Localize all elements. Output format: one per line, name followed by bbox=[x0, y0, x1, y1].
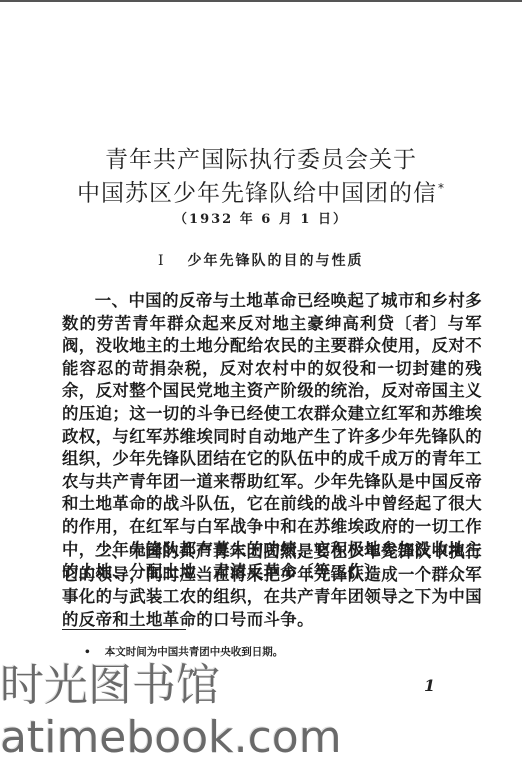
page-number: 1 bbox=[424, 676, 435, 695]
paragraph-2-text: 二、中国的共产青年团固然是要在少年先锋队中执行它的领导，同时应当在将来把少年先锋… bbox=[62, 541, 482, 631]
footnote-divider bbox=[62, 629, 186, 630]
footnote-bullet-icon: • bbox=[84, 646, 91, 658]
top-border-rule bbox=[0, 0, 522, 2]
title-text-1: 青年共产国际执行委员会关于 bbox=[105, 147, 417, 173]
title-footnote-mark: * bbox=[438, 181, 445, 195]
section-numeral: I bbox=[158, 253, 166, 269]
watermark-url: atimebook.com bbox=[0, 712, 342, 764]
footnote-text: 本文时间为中国共青团中央收到日期。 bbox=[105, 646, 284, 658]
document-title-line-1: 青年共产国际执行委员会关于 bbox=[0, 145, 522, 175]
watermark-name: 时光图书馆 bbox=[0, 661, 220, 711]
paragraph-1-text: 一、中国的反帝与土地革命已经唤起了城市和乡村多数的劳苦青年群众起来反对地主豪绅高… bbox=[62, 290, 482, 584]
title-text-2: 中国苏区少年先锋队给中国团的信 bbox=[77, 181, 437, 207]
section-heading-text: 少年先锋队的目的与性质 bbox=[188, 253, 364, 269]
paragraph-1: 一、中国的反帝与土地革命已经唤起了城市和乡村多数的劳苦青年群众起来反对地主豪绅高… bbox=[62, 290, 482, 584]
section-heading: I少年先锋队的目的与性质 bbox=[158, 250, 364, 270]
document-date: （1932 年 6 月 1 日） bbox=[0, 208, 522, 227]
document-title-line-2: 中国苏区少年先锋队给中国团的信* bbox=[0, 173, 522, 209]
footnote: •本文时间为中国共青团中央收到日期。 bbox=[84, 644, 283, 659]
paragraph-2: 二、中国的共产青年团固然是要在少年先锋队中执行它的领导，同时应当在将来把少年先锋… bbox=[62, 541, 482, 631]
